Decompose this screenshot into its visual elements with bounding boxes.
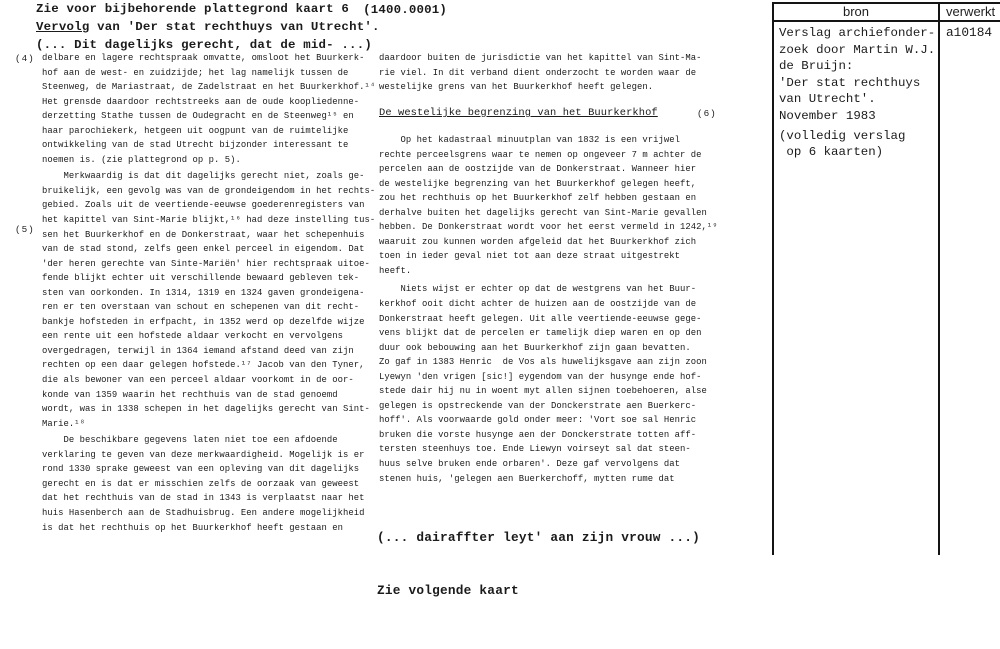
verwerkt-cell: a10184 — [938, 22, 1000, 161]
margin-marker-6: (6) — [697, 108, 717, 119]
left-paragraph-1: delbare en lagere rechtspraak omvatte, o… — [42, 51, 378, 167]
text-column-left: delbare en lagere rechtspraak omvatte, o… — [42, 51, 378, 537]
document-page: Zie voor bijbehorende plattegrond kaart … — [0, 0, 1000, 649]
vervolg-label: Vervolg — [36, 20, 89, 34]
source-description: Verslag archiefonder- zoek door Martin W… — [779, 25, 938, 125]
header-map-line: Zie voor bijbehorende plattegrond kaart … — [36, 0, 447, 18]
bron-column-header: bron — [774, 4, 938, 20]
header-see-map-text: Zie voor bijbehorende plattegrond kaart … — [36, 2, 349, 16]
closing-quote-line: (... dairaffter leyt' aan zijn vrouw ...… — [377, 529, 700, 547]
bron-cell: Verslag archiefonder- zoek door Martin W… — [774, 22, 938, 161]
document-header: Zie voor bijbehorende plattegrond kaart … — [36, 0, 447, 54]
left-paragraph-3: De beschikbare gegevens laten niet toe e… — [42, 433, 378, 535]
closing-note: (... dairaffter leyt' aan zijn vrouw ...… — [377, 494, 700, 634]
map-reference-number: (1400.0001) — [363, 1, 447, 19]
verwerkt-column-header: verwerkt — [938, 4, 1000, 20]
right-paragraph-3: Niets wijst er echter op dat de westgren… — [379, 282, 718, 486]
see-next-card-line: Zie volgende kaart — [377, 582, 700, 600]
table-header-row: bron verwerkt — [774, 4, 1000, 22]
source-note: (volledig verslag op 6 kaarten) — [779, 128, 938, 161]
text-column-right: Op het kadastraal minuutplan van 1832 is… — [379, 133, 718, 488]
continuation-title: van 'Der stat rechthuys van Utrecht'. — [89, 20, 379, 34]
section-heading: De westelijke begrenzing van het Buurker… — [379, 107, 658, 119]
right-paragraph-2: Op het kadastraal minuutplan van 1832 is… — [379, 133, 718, 278]
header-continuation-line: Vervolg van 'Der stat rechthuys van Utre… — [36, 18, 447, 36]
right-paragraph-1: daardoor buiten de jurisdictie van het k… — [379, 51, 702, 95]
left-paragraph-2: Merkwaardig is dat dit dagelijks gerecht… — [42, 169, 378, 431]
margin-marker-5: (5) — [15, 224, 35, 235]
margin-marker-4: (4) — [15, 53, 35, 64]
table-column-divider — [938, 4, 940, 555]
table-body-row: Verslag archiefonder- zoek door Martin W… — [774, 22, 1000, 161]
source-table: bron verwerkt Verslag archiefonder- zoek… — [772, 2, 1000, 555]
